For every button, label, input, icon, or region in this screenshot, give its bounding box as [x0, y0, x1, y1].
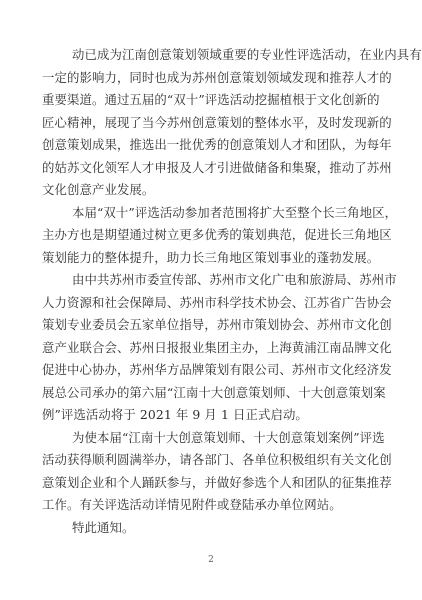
paragraph: 特此通知。: [42, 517, 378, 540]
document-line: 例”评选活动将于 2021 年 9 月 1 日正式启动。: [42, 404, 378, 427]
document-line: 意策划企业和个人踊跃参与，并做好参选个人和团队的征集推荐: [42, 472, 378, 495]
paragraph: 由中共苏州市委宣传部、苏州市文化广电和旅游局、苏州市人力资源和社会保障局、苏州市…: [42, 269, 378, 427]
paragraph: 动已成为江南创意策划领域重要的专业性评选活动，在业内具有一定的影响力，同时也成为…: [42, 44, 378, 202]
document-line: 的姑苏文化领军人才申报及人才引进做储备和集聚，推动了苏州: [42, 157, 378, 180]
document-line: 展总公司承办的第六届“江南十大创意策划师、十大创意策划案: [42, 382, 378, 405]
document-line: 本届“双十”评选活动参加者范围将扩大至整个长三角地区，: [42, 202, 378, 225]
document-line: 策划专业委员会五家单位指导，苏州市策划协会、苏州市文化创: [42, 314, 378, 337]
document-page: 动已成为江南创意策划领域重要的专业性评选活动，在业内具有一定的影响力，同时也成为…: [0, 0, 422, 600]
document-line: 意产业联合会、苏州日报报业集团主办，上海黄浦江南品牌文化: [42, 337, 378, 360]
document-line: 活动获得顺利圆满举办，请各部门、各单位积极组织有关文化创: [42, 449, 378, 472]
paragraph: 为使本届“江南十大创意策划师、十大创意策划案例”评选活动获得顺利圆满举办，请各部…: [42, 427, 378, 517]
document-line: 策划能力的整体提升，助力长三角地区策划事业的蓬勃发展。: [42, 247, 378, 270]
document-line: 工作。有关评选活动详情见附件或登陆承办单位网站。: [42, 494, 378, 517]
document-line: 重要渠道。通过五届的“双十”评选活动挖掘植根于文化创新的: [42, 89, 378, 112]
document-line: 由中共苏州市委宣传部、苏州市文化广电和旅游局、苏州市: [42, 269, 378, 292]
document-line: 创意策划成果，推选出一批优秀的创意策划人才和团队，为每年: [42, 134, 378, 157]
document-line: 人力资源和社会保障局、苏州市科学技术协会、江苏省广告协会: [42, 292, 378, 315]
document-line: 文化创意产业发展。: [42, 179, 378, 202]
document-line: 主办方也是期望通过树立更多优秀的策划典范，促进长三角地区: [42, 224, 378, 247]
document-line: 特此通知。: [42, 517, 378, 540]
document-line: 为使本届“江南十大创意策划师、十大创意策划案例”评选: [42, 427, 378, 450]
document-line: 动已成为江南创意策划领域重要的专业性评选活动，在业内具有: [42, 44, 378, 67]
paragraph: 本届“双十”评选活动参加者范围将扩大至整个长三角地区，主办方也是期望通过树立更多…: [42, 202, 378, 270]
page-number: 2: [0, 553, 422, 567]
document-line: 促进中心协办，苏州华方品牌策划有限公司、苏州市文化经济发: [42, 359, 378, 382]
document-line: 一定的影响力，同时也成为苏州创意策划领域发现和推荐人才的: [42, 67, 378, 90]
text-block: 动已成为江南创意策划领域重要的专业性评选活动，在业内具有一定的影响力，同时也成为…: [42, 44, 378, 539]
document-line: 匠心精神，展现了当今苏州创意策划的整体水平，及时发现新的: [42, 112, 378, 135]
